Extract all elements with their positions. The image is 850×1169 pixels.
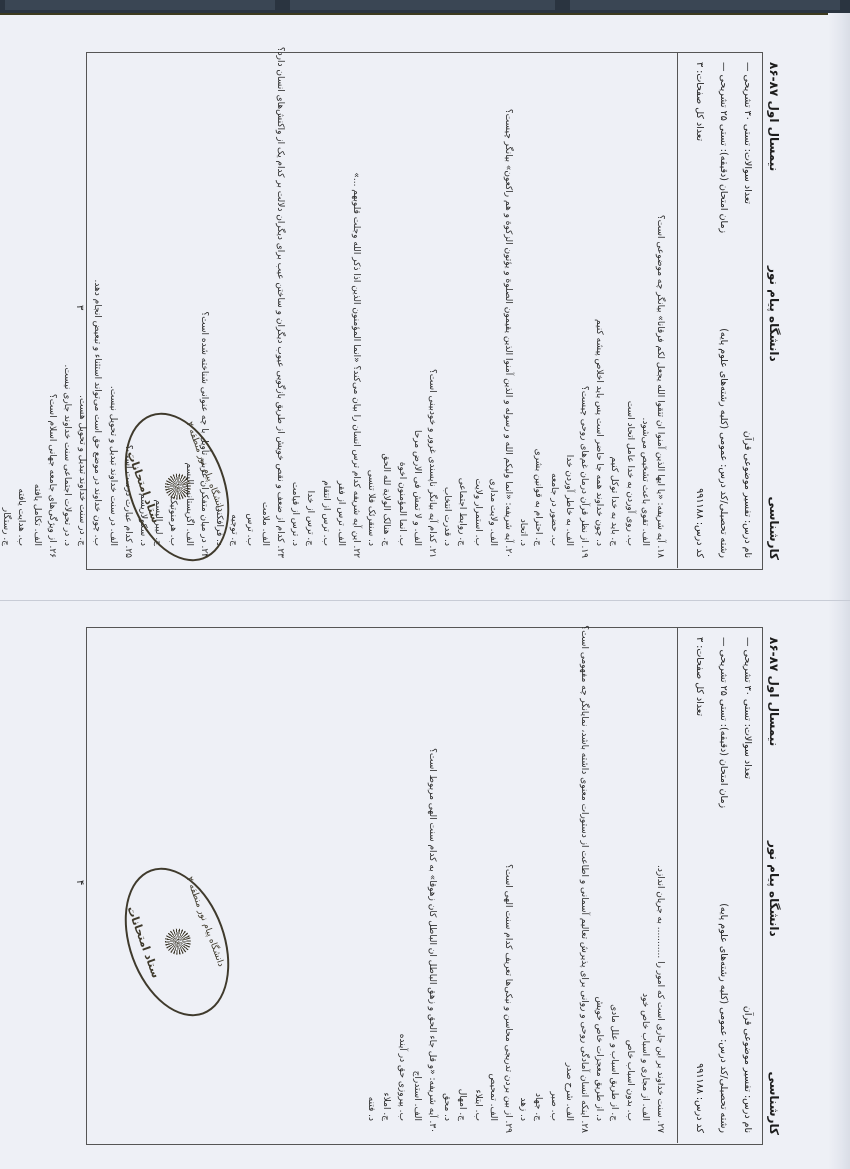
university-name: دانشگاه پیام نور (767, 266, 781, 362)
question-text: ۲۹. از بین بردن تدریجی محاسن و نیکی‌ها ت… (500, 637, 515, 1133)
questions-count: ۳۰ (742, 686, 753, 696)
degree-level: کارشناسی (767, 1071, 781, 1135)
question-text: ۲۶. از ویژگی‌های جامعه جهانی اسلام است؟ (44, 62, 59, 558)
exam-header: کارشناسی دانشگاه پیام نور نیمسال اول ۸۷-… (677, 52, 763, 568)
answer-option: ب. روی آوردن به خدا عامل اتحاد است (621, 62, 636, 558)
course-label: نام درس: (742, 520, 753, 558)
questions-label: تعداد سوالات: تستی (742, 124, 753, 204)
course-code: ۹۹۱۱۸۸ (694, 1063, 705, 1094)
answer-option: الف. از مجاری و اسباب خاص خود (637, 637, 652, 1133)
answer-option: ج. روابط اجتماعی (454, 62, 469, 558)
question-text: ۲۱. کدام آیه بیانگر ناپسندی غرور و خودبی… (424, 62, 439, 558)
answer-option: الف. ترس از فقر (333, 62, 348, 558)
question-text: ۳۰. آیه شریفه: «و قل جاء الحق و زهق البا… (424, 637, 439, 1133)
time-value: ۲۵ (718, 111, 729, 121)
answer-option: ج. امهال (454, 637, 469, 1133)
answer-option: د. سنقرئک فلا تنسی (363, 62, 378, 558)
field-name: عمومی (کلیه رشته‌های علوم پایه) (718, 903, 729, 1036)
answer-option: د. قدرت انتخاب (439, 62, 454, 558)
time-value: ۲۵ (718, 686, 729, 696)
question-text: ۲۰. آیه شریفه: «انما ولیکم الله و رسوله … (500, 62, 515, 558)
answer-option: د. زهد (515, 637, 530, 1133)
page-number: ۴ (74, 880, 85, 885)
field-name: عمومی (کلیه رشته‌های علوم پایه) (718, 328, 729, 461)
answer-option: الف. تکامل یافته (28, 62, 43, 558)
exam-header: کارشناسی دانشگاه پیام نور نیمسال اول ۸۷-… (677, 627, 763, 1143)
answer-option: ب. ابتلاء (469, 637, 484, 1133)
answer-option: ب. هدایت یافته (13, 62, 28, 558)
answer-option: ب. پیروزی حق در آینده (393, 637, 408, 1133)
course-name: تفسیر موضوعی قرآن (742, 431, 753, 517)
answer-option: ب. ترس از انتقام (317, 62, 332, 558)
answer-option: ب. استمرار ولایت (469, 62, 484, 558)
answer-option: الف. استدراج (409, 637, 424, 1133)
question-text: ۲۲. این آیه شریفه کدام ترس انسان را بیان… (348, 62, 363, 558)
answer-option: الف. تمحیص (485, 637, 500, 1133)
answer-option: ج. احترام به قوانین بشری (530, 62, 545, 558)
question-text: ۲۸. اینکه انسان آمادگی روحی و روانی برای… (576, 637, 591, 1133)
answer-option: ب. بدون اسباب خاص (621, 637, 636, 1133)
answer-option: الف. تقوی باعث تشخیص می‌شود. (637, 62, 652, 558)
question-text: ۲۷. سنت خداوند بر این جاری است که امور ر… (652, 637, 667, 1133)
page-fold-line (0, 600, 850, 601)
answer-option: ج. املاء (378, 637, 393, 1133)
answer-option: الف. شرح صدر (561, 637, 576, 1133)
time-label: زمان امتحان (دقیقه): تستی (718, 699, 729, 808)
pages-count: ۳ (694, 62, 705, 67)
questions-label: تعداد سوالات: تستی (742, 699, 753, 779)
code-label: کد درس: (694, 1097, 705, 1133)
scanner-bed-edge (0, 0, 850, 15)
pages-label: تعداد کل صفحات: (694, 645, 705, 716)
answer-option: ج. ترس از خدا (302, 62, 317, 558)
course-name: تفسیر موضوعی قرآن (742, 1006, 753, 1092)
answer-option: ج. رستگار (0, 62, 13, 558)
answer-option: الف. در سنت خداوند تبدیل و تحویل نیست. (104, 62, 119, 558)
term-label: نیمسال اول ۸۷-۸۶ (767, 637, 781, 746)
answer-option: الف. ملامت (257, 62, 272, 558)
answer-option: ب. حضور در جامعه (545, 62, 560, 558)
answer-option: ج. توجیه (226, 62, 241, 558)
sun-emblem-icon (161, 470, 194, 503)
answer-option: ب. صبر (545, 637, 560, 1133)
questions-count: ۳۰ (742, 111, 753, 121)
essay-count: تشریحی — (742, 62, 753, 108)
time-essay: تشریحی — (718, 62, 729, 108)
question-text: ۲۳. کدام از ضعف و نقص خویش از طریق بازگو… (272, 62, 287, 558)
course-label: نام درس: (742, 1095, 753, 1133)
answer-option: د. فتنه (363, 637, 378, 1133)
time-label: زمان امتحان (دقیقه): تستی (718, 124, 729, 233)
answer-option: ب. انما المؤمنون اخوة (393, 62, 408, 558)
pages-count: ۳ (694, 637, 705, 642)
exam-page-top: کارشناسی دانشگاه پیام نور نیمسال اول ۸۷-… (80, 40, 785, 580)
university-name: دانشگاه پیام نور (767, 841, 781, 937)
question-text: ۱۸. آیه شریفه: «یا ایها الذین آمنوا ان ت… (652, 62, 667, 558)
answer-option: ج. باید به خدا توکل کنیم (606, 62, 621, 558)
pages-label: تعداد کل صفحات: (694, 70, 705, 141)
field-label: رشته تحصیلی/کد درس: (718, 1039, 729, 1133)
answer-option: ج. جهاد (530, 637, 545, 1133)
exam-page-bottom: کارشناسی دانشگاه پیام نور نیمسال اول ۸۷-… (80, 615, 785, 1155)
answer-option: ج. از طریق اسباب و علل مادی (606, 637, 621, 1133)
answer-option: د. چون خداوند همه جا حاضر است پس باید اخ… (591, 62, 606, 558)
course-code: ۹۹۱۱۸۸ (694, 488, 705, 519)
answer-option: الف. و لا تمش فی الارض مرحا (409, 62, 424, 558)
answer-option: ب. ترس (241, 62, 256, 558)
field-label: رشته تحصیلی/کد درس: (718, 464, 729, 558)
answer-option: د. در تحولات اجتماعی سنت خداوند جاری نیس… (59, 62, 74, 558)
answer-option: ج. هنالک الولایة لله الحق (378, 62, 393, 558)
answer-option: د. ترس از قیامت (287, 62, 302, 558)
essay-count: تشریحی — (742, 637, 753, 683)
degree-level: کارشناسی (767, 496, 781, 560)
code-label: کد درس: (694, 522, 705, 558)
term-label: نیمسال اول ۸۷-۸۶ (767, 62, 781, 171)
answer-option: الف. به خاطر آوردن خدا (561, 62, 576, 558)
answer-option: د. محق (439, 637, 454, 1133)
page-number: ۳ (74, 305, 85, 310)
time-essay: تشریحی — (718, 637, 729, 683)
question-text: ۱۹. از نظر قرآن درمان غم‌های روحی چیست؟ (576, 62, 591, 558)
answer-option: د. از طریق معجزات خاص خویش (591, 637, 606, 1133)
answer-option: الف. ولایت مداری (485, 62, 500, 558)
answer-option: ب. چون خداوند در موضع حق است می‌تواند اس… (89, 62, 104, 558)
paper-edge-shadow (828, 13, 850, 1169)
answer-option: د. اتحاد (515, 62, 530, 558)
sun-emblem-icon (161, 925, 194, 958)
